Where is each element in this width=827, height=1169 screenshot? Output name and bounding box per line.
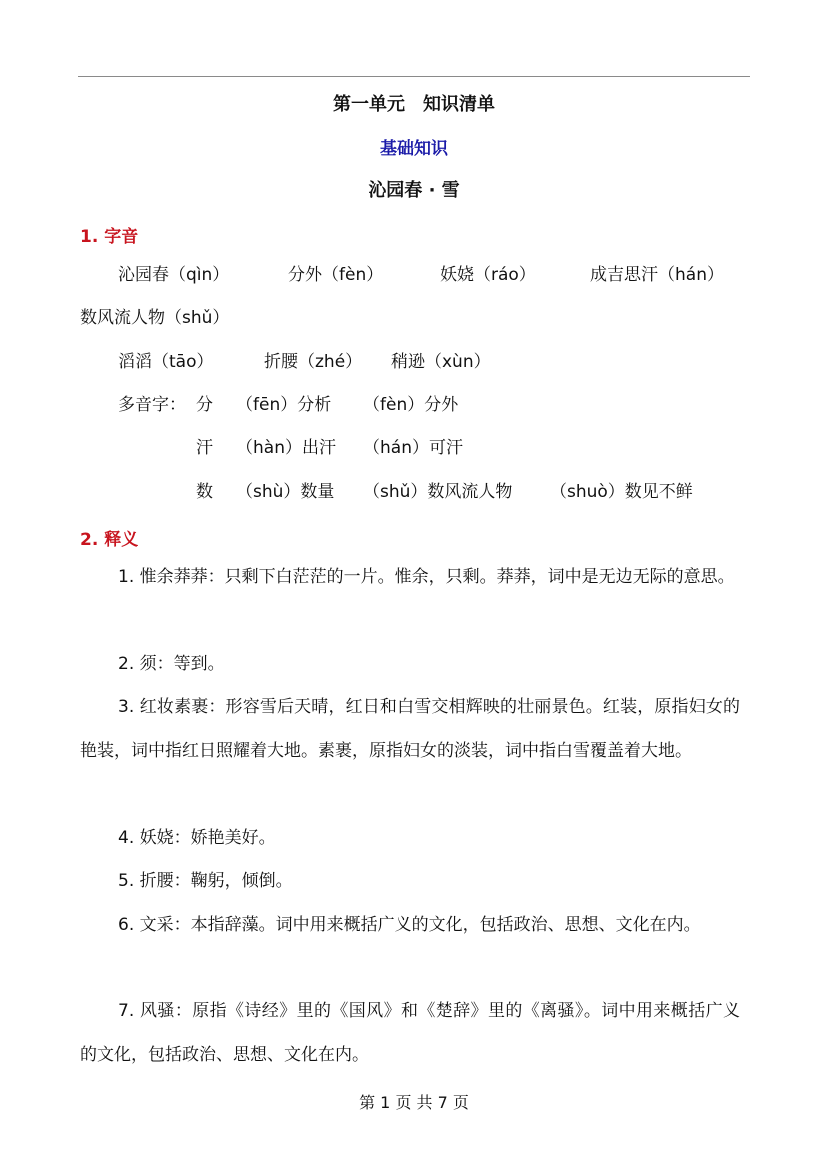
polyphonic-char: 数	[196, 481, 213, 503]
page-number: 第 1 页 共 7 页	[78, 1090, 750, 1113]
header-rule	[78, 76, 750, 77]
polyphonic-char: 分	[196, 394, 213, 416]
polyphonic-reading: （hàn）出汗	[236, 437, 336, 459]
definition-item: 3. 红妆素裹：形容雪后天晴，红日和白雪交相辉映的壮丽景色。红装，原指妇女的艳装…	[80, 686, 740, 773]
definition-item: 5. 折腰：鞠躬，倾倒。	[80, 860, 740, 904]
definition-item: 4. 妖娆：娇艳美好。	[80, 817, 740, 861]
pronunciation-item: 数风流人物（shǔ）	[80, 307, 229, 329]
polyphonic-reading: （fèn）分外	[363, 394, 458, 416]
pronunciation-item: 妖娆（ráo）	[440, 264, 536, 286]
polyphonic-reading: （shǔ）数风流人物	[363, 481, 512, 503]
pronunciation-item: 沁园春（qìn）	[118, 264, 229, 286]
definition-item: 2. 须：等到。	[80, 643, 740, 687]
section-heading-definitions: 2. 释义	[80, 525, 138, 550]
section-heading-pronunciation: 1. 字音	[80, 222, 138, 247]
section-subtitle: 基础知识	[78, 134, 750, 159]
definition-item: 6. 文采：本指辞藻。词中用来概括广义的文化，包括政治、思想、文化在内。	[80, 904, 740, 948]
definition-item: 7. 风骚：原指《诗经》里的《国风》和《楚辞》里的《离骚》。词中用来概括广义的文…	[80, 990, 740, 1077]
polyphonic-reading: （hán）可汗	[363, 437, 463, 459]
pronunciation-item: 稍逊（xùn）	[391, 351, 491, 373]
polyphonic-char: 汗	[196, 437, 213, 459]
definition-item: 1. 惟余莽莽：只剩下白茫茫的一片。惟余，只剩。莽莽，词中是无边无际的意思。	[80, 556, 740, 600]
polyphonic-reading: （shuò）数见不鲜	[550, 481, 693, 503]
polyphonic-label: 多音字：	[118, 394, 186, 416]
lesson-title: 沁园春 · 雪	[78, 176, 750, 202]
pronunciation-item: 折腰（zhé）	[264, 351, 362, 373]
polyphonic-reading: （fēn）分析	[236, 394, 331, 416]
polyphonic-reading: （shù）数量	[236, 481, 334, 503]
pronunciation-item: 滔滔（tāo）	[118, 351, 213, 373]
page-title: 第一单元 知识清单	[78, 90, 750, 116]
pronunciation-item: 分外（fèn）	[288, 264, 383, 286]
pronunciation-item: 成吉思汗（hán）	[590, 264, 724, 286]
